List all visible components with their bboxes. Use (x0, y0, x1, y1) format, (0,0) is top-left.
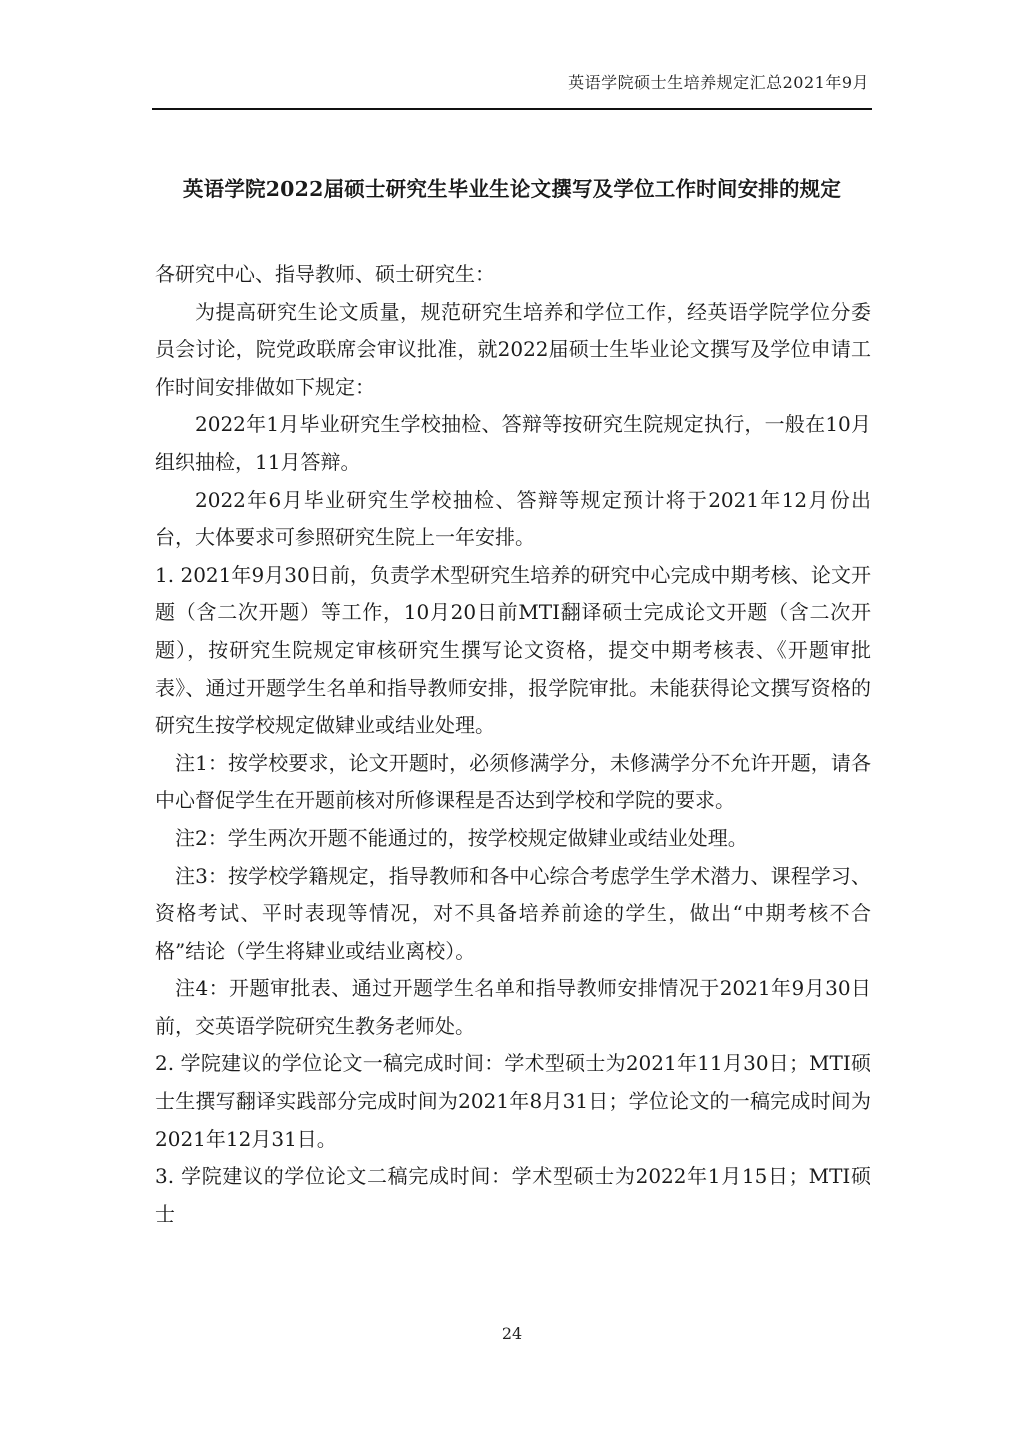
document-body: 各研究中心、指导教师、硕士研究生： 为提高研究生论文质量，规范研究生培养和学位工… (155, 256, 871, 1233)
note-2: 注2：学生两次开题不能通过的，按学校规定做肄业或结业处理。 (155, 820, 871, 858)
list-item-1: 1. 2021年9月30日前，负责学术型研究生培养的研究中心完成中期考核、论文开… (155, 557, 871, 745)
note-3: 注3：按学校学籍规定，指导教师和各中心综合考虑学生学术潜力、课程学习、资格考试、… (155, 858, 871, 971)
running-header: 英语学院硕士生培养规定汇总2021年9月 (568, 70, 869, 93)
paragraph-jan-graduates: 2022年1月毕业研究生学校抽检、答辩等按研究生院规定执行，一般在10月组织抽检… (155, 406, 871, 481)
note-4: 注4：开题审批表、通过开题学生名单和指导教师安排情况于2021年9月30日前，交… (155, 970, 871, 1045)
paragraph-jun-graduates: 2022年6月毕业研究生学校抽检、答辩等规定预计将于2021年12月份出台，大体… (155, 482, 871, 557)
list-item-3: 3. 学院建议的学位论文二稿完成时间：学术型硕士为2022年1月15日；MTI硕… (155, 1158, 871, 1233)
list-item-2: 2. 学院建议的学位论文一稿完成时间：学术型硕士为2021年11月30日；MTI… (155, 1045, 871, 1158)
page-number: 24 (0, 1324, 1024, 1343)
header-rule (152, 108, 872, 110)
document-title: 英语学院2022届硕士研究生毕业生论文撰写及学位工作时间安排的规定 (152, 172, 872, 202)
salutation: 各研究中心、指导教师、硕士研究生： (155, 256, 871, 294)
note-1: 注1：按学校要求，论文开题时，必须修满学分，未修满学分不允许开题，请各中心督促学… (155, 745, 871, 820)
document-page: 英语学院硕士生培养规定汇总2021年9月 英语学院2022届硕士研究生毕业生论文… (0, 0, 1024, 1447)
paragraph-intro: 为提高研究生论文质量，规范研究生培养和学位工作，经英语学院学位分委员会讨论，院党… (155, 294, 871, 407)
